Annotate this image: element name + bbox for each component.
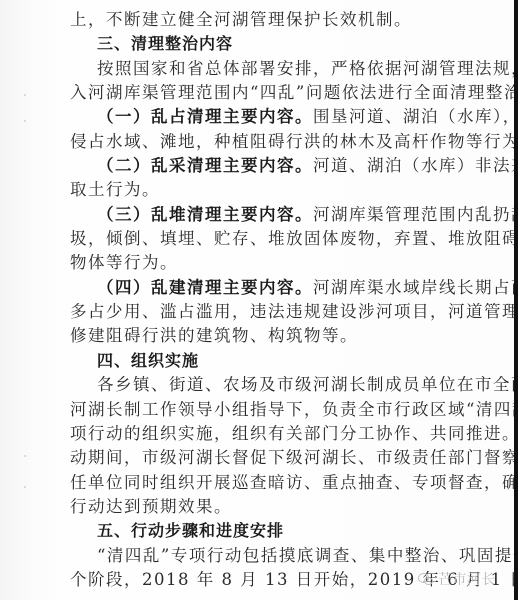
item-text: 河湖库渠管理范围内乱扔乱堆垃 bbox=[313, 205, 518, 224]
paragraph-line: 河湖长制工作领导小组指导下，负责全市行政区域“清四乱”专 bbox=[70, 398, 454, 422]
paragraph-line: 个阶段，2018 年 8 月 13 日开始，2019 年 6 月 1 日全面完成… bbox=[70, 568, 454, 592]
paragraph-line: 各乡镇、街道、农场及市级河湖长制成员单位在市全面推行 bbox=[70, 373, 454, 397]
paragraph-line: 物体等行为。 bbox=[70, 251, 454, 275]
item-lead: （一）乱占清理主要内容。 bbox=[97, 107, 313, 126]
paragraph-line: 动期间，市级河湖长督促下级河湖长、市级责任部门督察下级责 bbox=[70, 446, 454, 470]
paragraph-line: 按照国家和省总体部署安排，严格依据河湖管理法规，对列 bbox=[70, 57, 454, 81]
section-heading: 五、行动步骤和进度安排 bbox=[70, 519, 454, 543]
item-lead: （三）乱堆清理主要内容。 bbox=[97, 205, 313, 224]
paragraph-line: （四）乱建清理主要内容。河湖库渠水域岸线长期占而不用、 bbox=[70, 276, 454, 300]
item-lead: （四）乱建清理主要内容。 bbox=[97, 278, 313, 297]
paragraph-line: （二）乱采清理主要内容。河道、湖泊（水库）非法采砂、 bbox=[70, 154, 454, 178]
paragraph-line: 项行动的组织实施，组织有关部门分工协作、共同推进。专项行 bbox=[70, 422, 454, 446]
section-heading: 三、清理整治内容 bbox=[70, 32, 454, 56]
item-text: 围垦河道、湖泊（水库），非法 bbox=[313, 107, 518, 126]
paragraph-line: 圾，倾倒、填埋、贮存、堆放固体废物，弃置、堆放阻碍行洪的 bbox=[70, 227, 454, 251]
paragraph-line: “清四乱”专项行动包括摸底调查、集中整治、巩固提升三 bbox=[70, 544, 454, 568]
wechat-icon bbox=[418, 573, 434, 585]
watermark-text: 芒市河长 bbox=[438, 569, 496, 589]
item-text: 河道、湖泊（水库）非法采砂、 bbox=[313, 156, 518, 175]
paragraph-line: 入河湖库渠管理范围内“四乱”问题依法进行全面清理整治。 bbox=[70, 81, 454, 105]
paragraph-line: 行动达到预期效果。 bbox=[70, 495, 454, 519]
paragraph-line: （三）乱堆清理主要内容。河湖库渠管理范围内乱扔乱堆垃 bbox=[70, 203, 454, 227]
paragraph-line: （一）乱占清理主要内容。围垦河道、湖泊（水库），非法 bbox=[70, 105, 454, 129]
item-text: 河湖库渠水域岸线长期占而不用、 bbox=[313, 278, 518, 297]
paragraph-line: 任单位同时组织开展巡查暗访、重点抽查、专项督查，确保专项 bbox=[70, 471, 454, 495]
paragraph-line: 修建阻碍行洪的建筑物、构筑物等。 bbox=[70, 324, 454, 348]
item-lead: （二）乱采清理主要内容。 bbox=[97, 156, 313, 175]
document-body: 上，不断建立健全河湖管理保护长效机制。三、清理整治内容按照国家和省总体部署安排，… bbox=[70, 8, 454, 592]
section-heading: 四、组织实施 bbox=[70, 349, 454, 373]
paragraph-line: 取土行为。 bbox=[70, 178, 454, 202]
page-edge-border bbox=[514, 0, 518, 600]
paragraph-line: 侵占水域、滩地，种植阻碍行洪的林木及高杆作物等行为。 bbox=[70, 130, 454, 154]
watermark: 芒市河长 bbox=[418, 569, 496, 589]
paragraph-line: 多占少用、滥占滥用，违法违规建设涉河项目，河道管理范围内 bbox=[70, 300, 454, 324]
paragraph-line: 上，不断建立健全河湖管理保护长效机制。 bbox=[70, 8, 454, 32]
scanned-document-page: 上，不断建立健全河湖管理保护长效机制。三、清理整治内容按照国家和省总体部署安排，… bbox=[0, 0, 514, 600]
